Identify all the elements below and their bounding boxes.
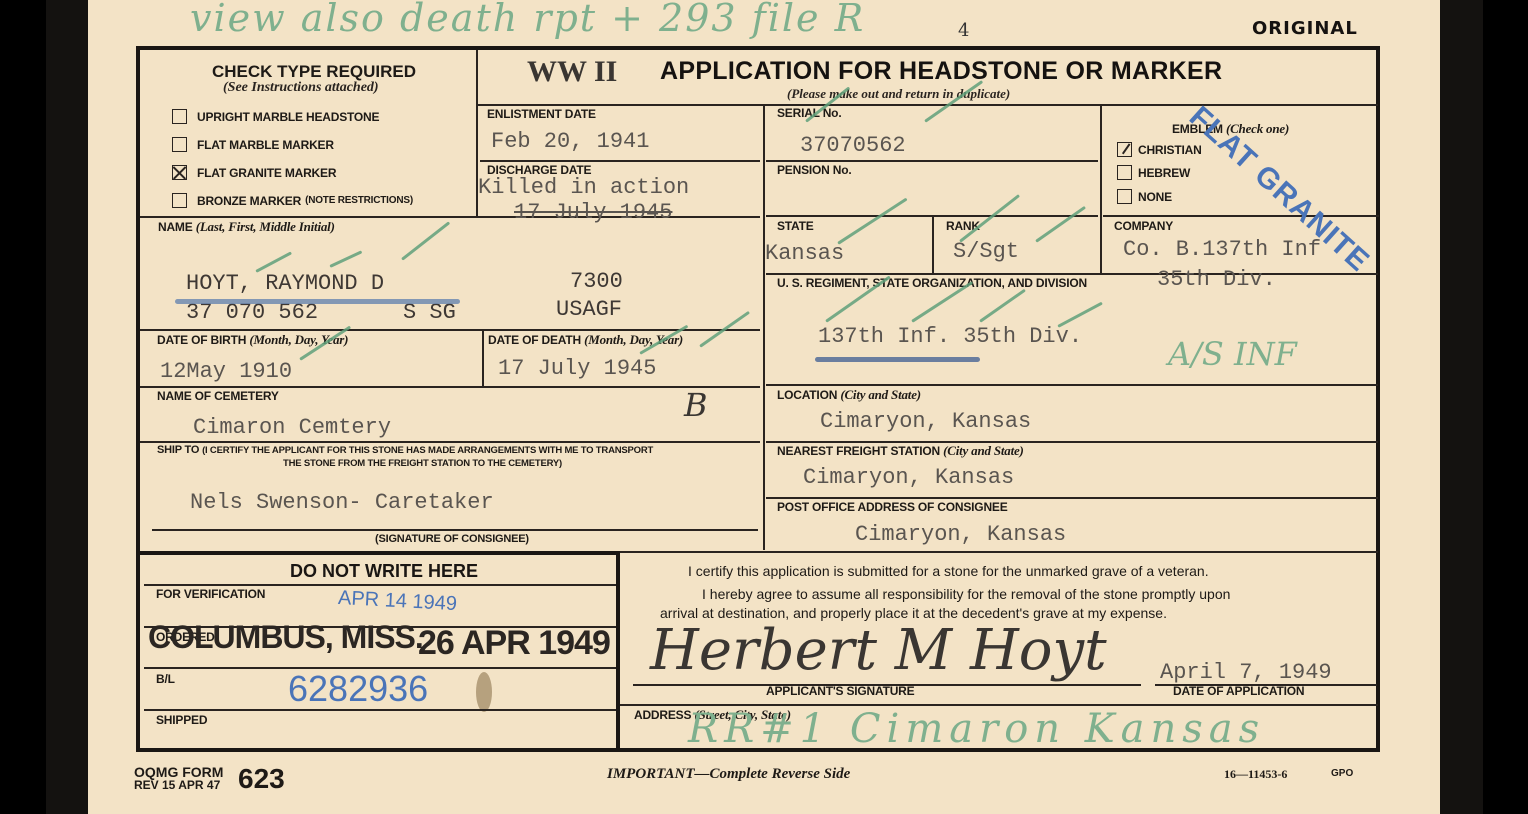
copy-label: ORIGINAL <box>1252 18 1358 39</box>
pension-no-label: PENSION No. <box>777 163 851 177</box>
shipped-label: SHIPPED <box>156 713 207 727</box>
checkbox-label: BRONZE MARKER <box>197 194 301 208</box>
checkbox-label: FLAT GRANITE MARKER <box>197 166 336 180</box>
dob-label-text: DATE OF BIRTH <box>157 333 246 347</box>
freight-label-note: (City and State) <box>943 443 1024 458</box>
divider <box>620 551 1378 553</box>
applicant-signature[interactable]: Herbert M Hoyt <box>650 618 1107 683</box>
checkbox-icon[interactable] <box>172 193 187 208</box>
date-of-death-value[interactable]: 17 July 1945 <box>498 356 656 381</box>
ordered-stamp-place: COLUMBUS, MISS. <box>148 619 423 656</box>
divider <box>482 329 484 386</box>
ship-to-label-text: SHIP TO <box>157 444 199 456</box>
certification-line2: I hereby agree to assume all responsibil… <box>702 586 1230 602</box>
company-label: COMPANY <box>1114 219 1173 233</box>
freight-label-text: NEAREST FREIGHT STATION <box>777 444 940 458</box>
bl-value: 6282936 <box>288 668 428 710</box>
check-type-subheading: (See Instructions attached) <box>223 80 379 96</box>
name-code-number[interactable]: 7300 <box>570 269 623 294</box>
enlistment-date-label: ENLISTMENT DATE <box>487 107 596 121</box>
emblem-option-label: HEBREW <box>1138 166 1190 180</box>
ship-to-value[interactable]: Nels Swenson- Caretaker <box>190 490 494 515</box>
location-label-text: LOCATION <box>777 388 837 402</box>
divider <box>766 160 1098 162</box>
freight-station-value[interactable]: Cimaryon, Kansas <box>803 465 1014 490</box>
divider <box>766 497 1378 499</box>
certification-line1: I certify this application is submitted … <box>688 563 1209 579</box>
signature-line <box>152 529 758 531</box>
divider <box>766 273 1378 275</box>
name-label-note: (Last, First, Middle Initial) <box>196 219 335 234</box>
stain-mark <box>476 672 492 712</box>
divider <box>478 104 1378 106</box>
divider <box>480 160 760 162</box>
serial-no-value[interactable]: 37070562 <box>800 133 906 158</box>
name-value[interactable]: HOYT, RAYMOND D <box>186 271 384 296</box>
divider <box>140 329 760 331</box>
address-value[interactable]: RR#1 Cimaron Kansas <box>688 706 1265 752</box>
freight-station-label: NEAREST FREIGHT STATION (City and State) <box>777 443 1024 459</box>
era-mark: WW II <box>527 55 617 89</box>
ship-to-label: SHIP TO (I CERTIFY THE APPLICANT FOR THI… <box>157 444 653 456</box>
emblem-option-label: CHRISTIAN <box>1138 143 1202 157</box>
emblem-option-hebrew[interactable]: HEBREW <box>1117 165 1190 180</box>
pencil-note-top: view also death rpt + 293 file R <box>190 0 865 40</box>
regiment-value[interactable]: 137th Inf. 35th Div. <box>818 324 1082 349</box>
print-code: 16—11453-6 <box>1224 767 1287 782</box>
application-date-caption: DATE OF APPLICATION <box>1173 684 1304 698</box>
name-code-org[interactable]: USAGF <box>556 297 622 322</box>
divider <box>1103 215 1379 217</box>
checkbox-label: FLAT MARBLE MARKER <box>197 138 334 152</box>
checkbox-flat-marble-marker[interactable]: FLAT MARBLE MARKER <box>172 137 334 152</box>
checkbox-upright-marble-headstone[interactable]: UPRIGHT MARBLE HEADSTONE <box>172 109 379 124</box>
important-note: IMPORTANT—Complete Reverse Side <box>607 766 850 783</box>
state-label: STATE <box>777 219 814 233</box>
applicant-signature-caption: APPLICANT'S SIGNATURE <box>766 684 914 698</box>
printer-mark: GPO <box>1331 768 1353 779</box>
application-date-value[interactable]: April 7, 1949 <box>1160 660 1332 685</box>
location-label-note: (City and State) <box>840 387 921 402</box>
discharge-date-value-line1[interactable]: Killed in action <box>478 175 689 200</box>
verification-label: FOR VERIFICATION <box>156 587 265 601</box>
regiment-pencil-note: A/S INF <box>1168 335 1297 373</box>
ship-to-certify-line1: (I CERTIFY THE APPLICANT FOR THIS STONE … <box>202 445 653 456</box>
divider <box>766 384 1378 386</box>
page-subtitle: (Please make out and return in duplicate… <box>787 86 1010 102</box>
divider <box>1100 104 1102 274</box>
form-id-line2: REV 15 APR 47 <box>134 779 223 792</box>
scan-border-left <box>46 0 88 814</box>
divider <box>140 386 760 388</box>
divider <box>932 215 934 274</box>
discharge-date-value-line2[interactable]: 17 July 1945 <box>514 200 672 225</box>
name-label: NAME (Last, First, Middle Initial) <box>158 219 335 235</box>
checkbox-note: (NOTE RESTRICTIONS) <box>305 195 413 206</box>
company-value-line2[interactable]: 35th Div. <box>1157 267 1276 292</box>
company-value-line1[interactable]: Co. B.137th Inf <box>1123 237 1321 262</box>
checkbox-icon[interactable] <box>1117 189 1132 204</box>
bl-label: B/L <box>156 672 175 686</box>
cemetery-value[interactable]: Cimaron Cemtery <box>193 415 391 440</box>
dod-label-text: DATE OF DEATH <box>488 333 581 347</box>
post-office-label: POST OFFICE ADDRESS OF CONSIGNEE <box>777 500 1008 514</box>
name-label-text: NAME <box>158 220 193 234</box>
location-value[interactable]: Cimaryon, Kansas <box>820 409 1031 434</box>
enlistment-date-value[interactable]: Feb 20, 1941 <box>491 129 649 154</box>
emblem-option-christian[interactable]: CHRISTIAN <box>1117 142 1202 157</box>
checked-box-icon[interactable] <box>1117 142 1132 157</box>
scan-border-right <box>1440 0 1483 814</box>
address-label-text: ADDRESS <box>634 708 691 722</box>
emblem-option-none[interactable]: NONE <box>1117 189 1172 204</box>
checkbox-icon[interactable] <box>172 137 187 152</box>
checkbox-bronze-marker[interactable]: BRONZE MARKER (NOTE RESTRICTIONS) <box>172 193 413 208</box>
checkbox-icon[interactable] <box>172 109 187 124</box>
office-use-heading: DO NOT WRITE HERE <box>290 561 478 582</box>
blue-underline <box>815 357 980 362</box>
page-title: APPLICATION FOR HEADSTONE OR MARKER <box>660 57 1222 86</box>
post-office-value[interactable]: Cimaryon, Kansas <box>855 522 1066 547</box>
checkbox-icon[interactable] <box>1117 165 1132 180</box>
check-type-heading: CHECK TYPE REQUIRED <box>212 62 416 82</box>
checkbox-label: UPRIGHT MARBLE HEADSTONE <box>197 110 379 124</box>
rank-value[interactable]: S/Sgt <box>953 239 1019 264</box>
cemetery-label: NAME OF CEMETERY <box>157 389 279 403</box>
consignee-signature-caption: (SIGNATURE OF CONSIGNEE) <box>375 533 529 545</box>
date-of-birth-value[interactable]: 12May 1910 <box>160 359 292 384</box>
ship-to-certify-line2: THE STONE FROM THE FREIGHT STATION TO TH… <box>283 458 562 469</box>
ordered-stamp-date: 26 APR 1949 <box>418 624 610 663</box>
divider <box>144 584 616 586</box>
emblem-option-label: NONE <box>1138 190 1172 204</box>
divider <box>140 441 760 443</box>
checked-box-icon[interactable] <box>172 165 187 180</box>
divider <box>144 709 616 711</box>
corner-mark: 4 <box>958 20 969 41</box>
checkbox-flat-granite-marker[interactable]: FLAT GRANITE MARKER <box>172 165 336 180</box>
form-id: OQMG FORM REV 15 APR 47 <box>134 766 223 792</box>
state-value[interactable]: Kansas <box>765 241 844 266</box>
divider <box>763 104 765 550</box>
cemetery-initial-mark: B <box>684 386 708 424</box>
form-number: 623 <box>238 763 285 795</box>
blue-underline <box>175 299 460 304</box>
location-label: LOCATION (City and State) <box>777 387 921 403</box>
regiment-label: U. S. REGIMENT, STATE ORGANIZATION, AND … <box>777 276 1087 290</box>
